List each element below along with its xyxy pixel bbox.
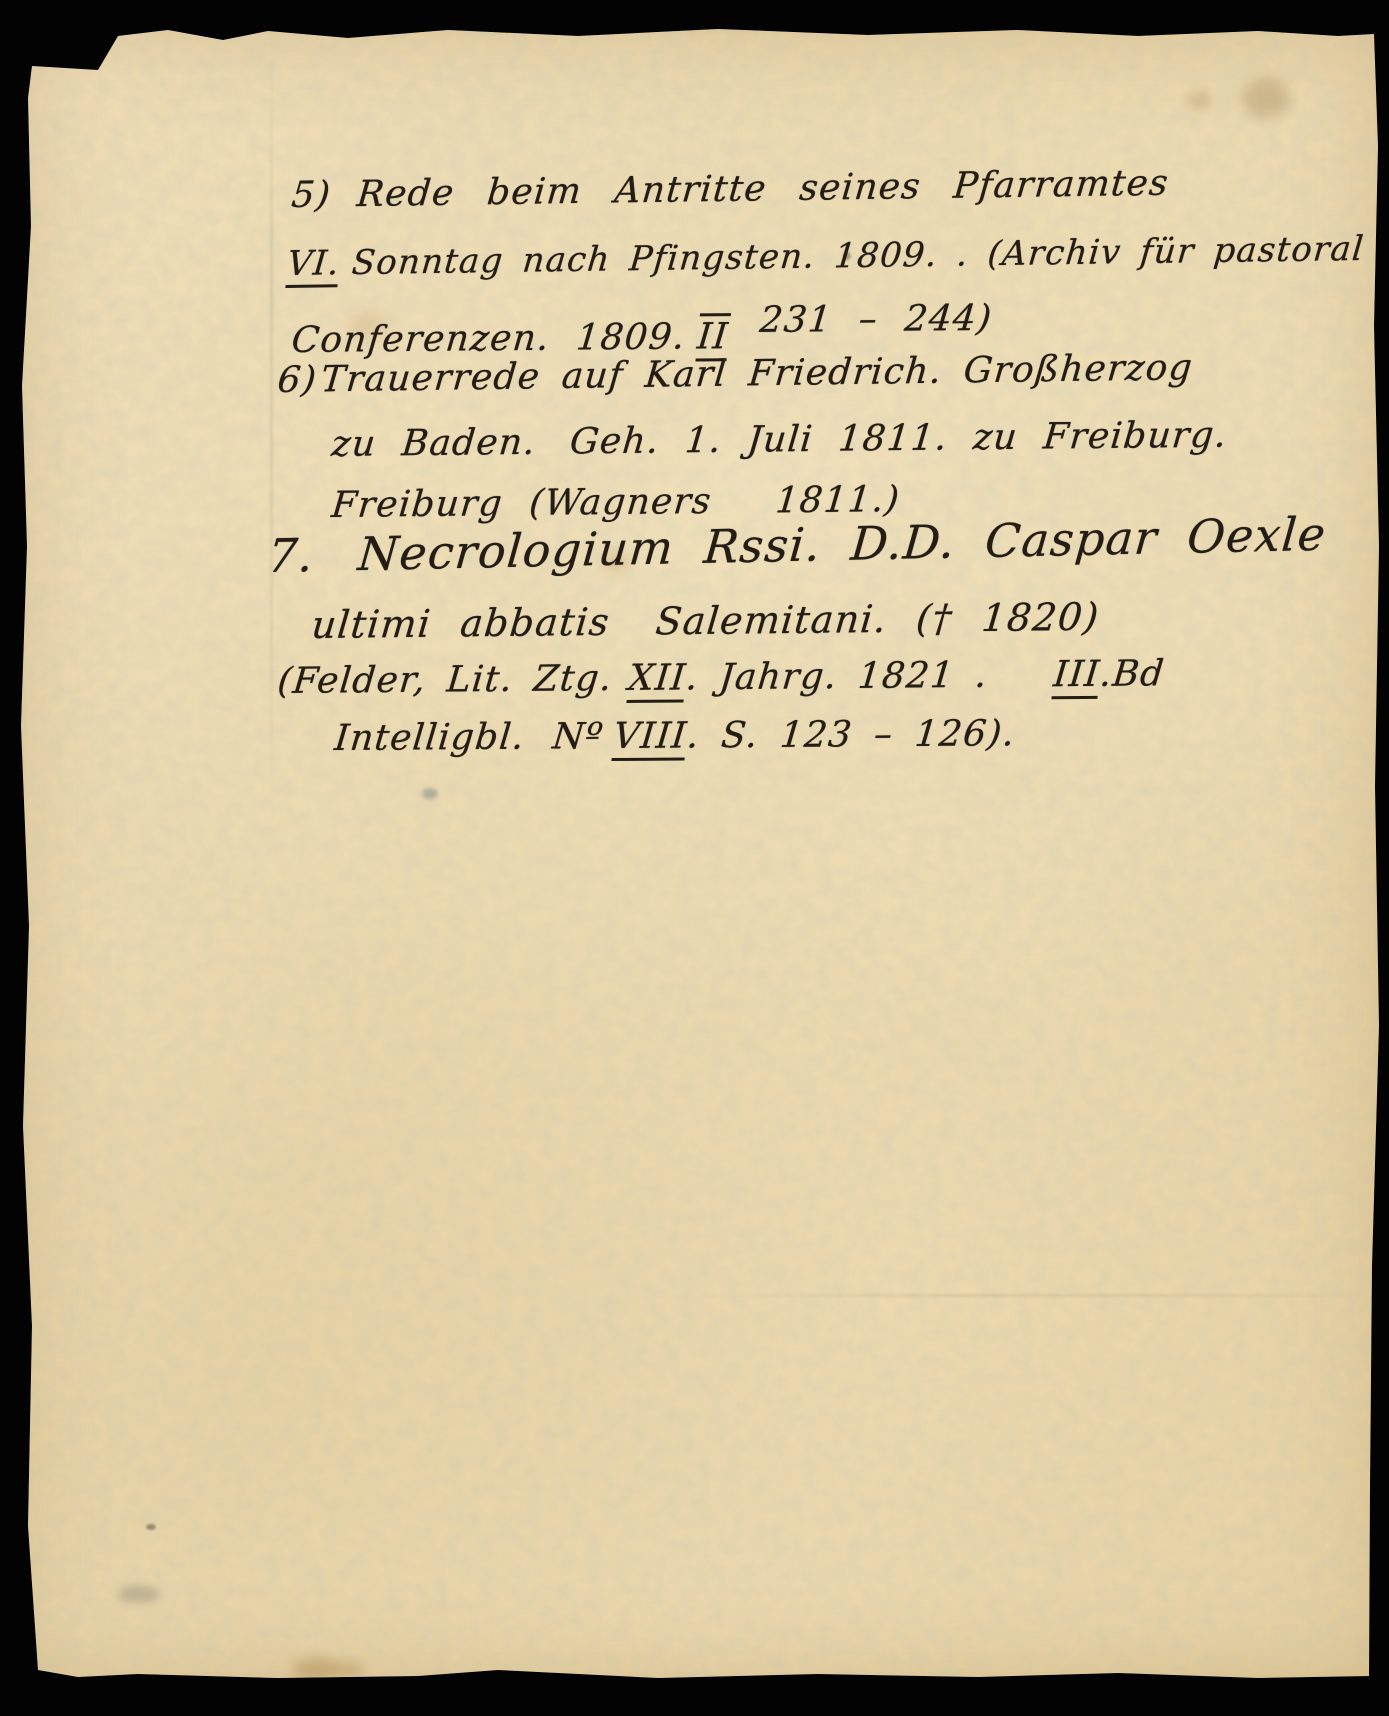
- paper-sheet: [18, 26, 1384, 1682]
- scan-canvas: { "document": { "kind": "scanned handwri…: [0, 0, 1389, 1716]
- paper-texture-overlay: [18, 26, 1384, 1682]
